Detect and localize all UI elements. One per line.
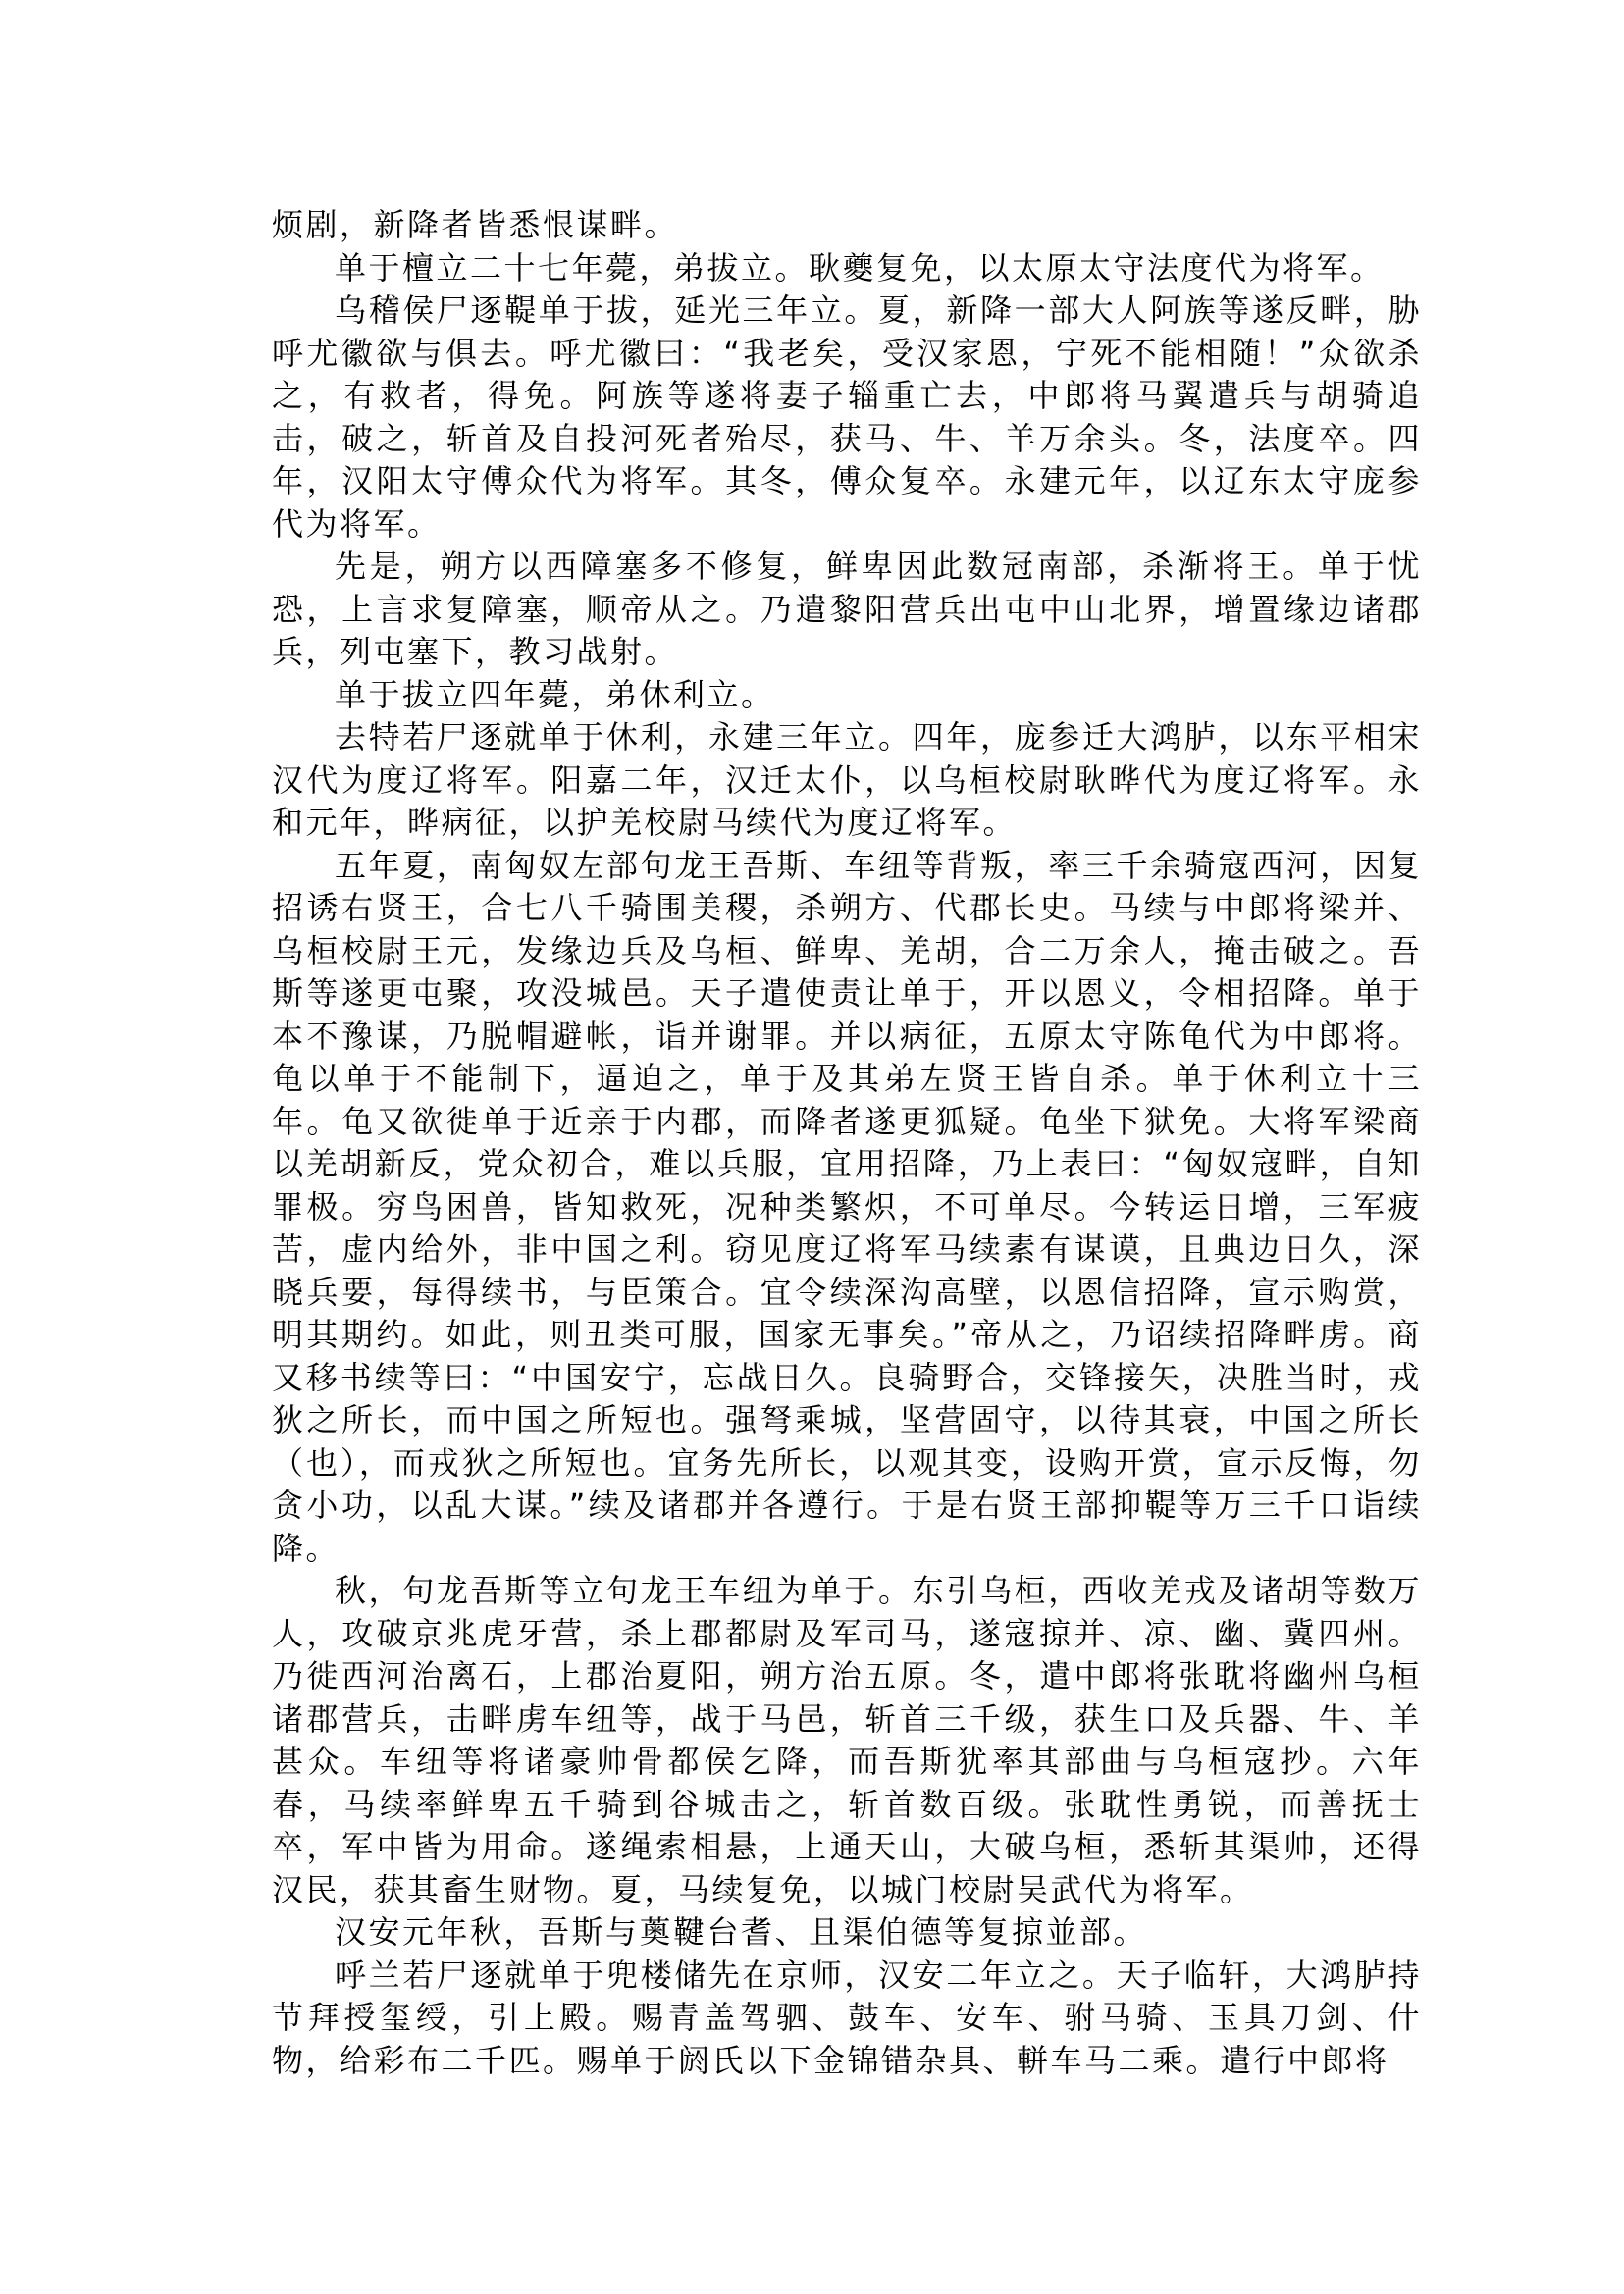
paragraph: 乌稽侯尸逐鞮单于拔，延光三年立。夏，新降一部大人阿族等遂反畔，胁呼尤徽欲与俱去。…: [272, 289, 1422, 546]
document-page: 烦剧，新降者皆悉恨谋畔。 单于檀立二十七年薨，弟拔立。耿夔复免，以太原太守法度代…: [0, 0, 1624, 2294]
paragraph: 烦剧，新降者皆悉恨谋畔。: [272, 204, 1422, 247]
paragraph: 先是，朔方以西障塞多不修复，鲜卑因此数冠南部，杀渐将王。单于忧恐，上言求复障塞，…: [272, 546, 1422, 674]
paragraph: 五年夏，南匈奴左部句龙王吾斯、车纽等背叛，率三千余骑寇西河，因复招诱右贤王，合七…: [272, 845, 1422, 1571]
paragraph: 去特若尸逐就单于休利，永建三年立。四年，庞参迁大鸿胪，以东平相宋汉代为度辽将军。…: [272, 716, 1422, 845]
paragraph: 汉安元年秋，吾斯与薁鞬台耆、且渠伯德等复掠並部。: [272, 1911, 1422, 1955]
paragraph: 单于檀立二十七年薨，弟拔立。耿夔复免，以太原太守法度代为将军。: [272, 247, 1422, 290]
paragraph: 单于拔立四年薨，弟休利立。: [272, 674, 1422, 717]
paragraph: 呼兰若尸逐就单于兜楼储先在京师，汉安二年立之。天子临轩，大鸿胪持节拜授玺绶，引上…: [272, 1955, 1422, 2083]
paragraph: 秋，句龙吾斯等立句龙王车纽为单于。东引乌桓，西收羌戎及诸胡等数万人，攻破京兆虎牙…: [272, 1570, 1422, 1911]
text-block: 烦剧，新降者皆悉恨谋畔。 单于檀立二十七年薨，弟拔立。耿夔复免，以太原太守法度代…: [272, 204, 1422, 2082]
